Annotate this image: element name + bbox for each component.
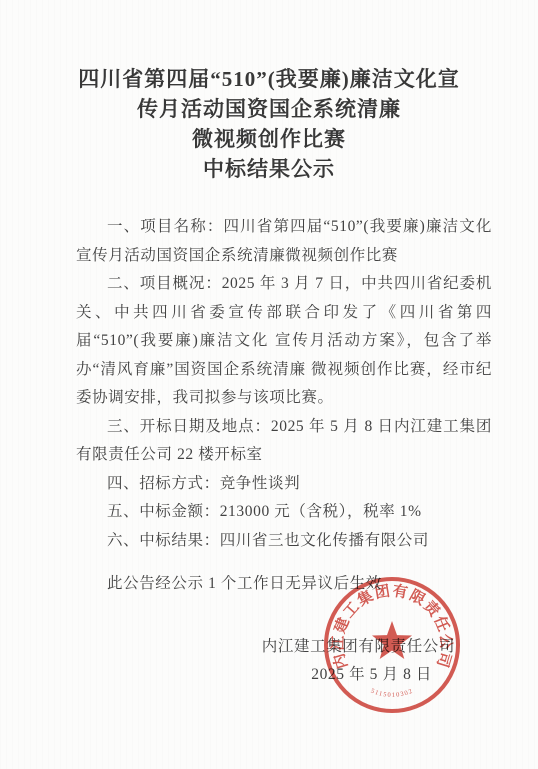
document-body: 一、项目名称：四川省第四届“510”(我要廉)廉洁文化宣传月活动国资国企系统清廉… — [76, 213, 492, 555]
signature-date: 2025 年 5 月 8 日 — [0, 661, 538, 690]
title-line-3: 微视频创作比赛 — [30, 124, 508, 154]
paragraph-tender-method: 四、招标方式：竞争性谈判 — [76, 470, 492, 499]
paragraph-project-overview: 二、项目概况：2025 年 3 月 7 日，中共四川省纪委机关、中共四川省委宣传… — [76, 270, 492, 413]
paragraph-bid-opening-date-location: 三、开标日期及地点：2025 年 5 月 8 日内江建工集团有限责任公司 22 … — [76, 413, 492, 470]
paragraph-award-result: 六、中标结果：四川省三也文化传播有限公司 — [76, 527, 492, 556]
document-title: 四川省第四届“510”(我要廉)廉洁文化宣 传月活动国资国企系统清廉 微视频创作… — [30, 64, 508, 184]
title-line-2: 传月活动国资国企系统清廉 — [30, 94, 508, 124]
signature-block: 内江建工集团有限责任公司 2025 年 5 月 8 日 — [0, 633, 538, 690]
paragraph-project-name: 一、项目名称：四川省第四届“510”(我要廉)廉洁文化宣传月活动国资国企系统清廉… — [76, 213, 492, 270]
title-line-4: 中标结果公示 — [30, 154, 508, 184]
paragraph-award-amount: 五、中标金额：213000 元（含税），税率 1% — [76, 498, 492, 527]
notice-document-page: 四川省第四届“510”(我要廉)廉洁文化宣 传月活动国资国企系统清廉 微视频创作… — [0, 0, 538, 769]
closing-statement: 此公告经公示 1 个工作日无异议后生效 — [76, 570, 492, 599]
title-line-1: 四川省第四届“510”(我要廉)廉洁文化宣 — [30, 64, 508, 94]
signature-company: 内江建工集团有限责任公司 — [0, 633, 538, 662]
